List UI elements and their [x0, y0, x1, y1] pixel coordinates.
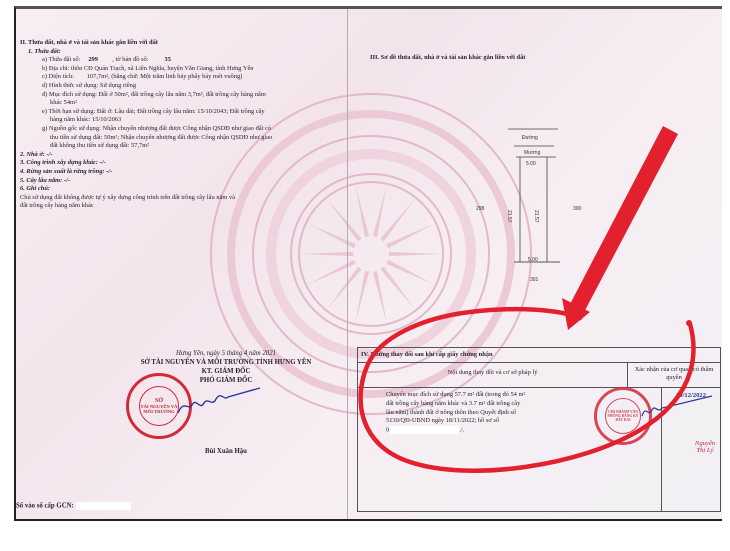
change-confirmation: 20/12/2022 Nguyễn Thị Lý [662, 388, 720, 511]
plot-number-line: a) Thửa đất số: 299 , tờ bản đồ số: 35 [20, 56, 340, 65]
notes-line-1: Chủ sử dụng đất không được tự ý xây dựng… [20, 194, 340, 203]
svg-text:5.00: 5.00 [526, 161, 536, 167]
issuing-agency: SỞ TÀI NGUYÊN VÀ MÔI TRƯỜNG TỈNH HƯNG YÊ… [96, 358, 356, 367]
area-line: c) Diện tích: 107,7m², (bằng chữ: Một tr… [20, 73, 340, 82]
origin-line: g) Nguồn gốc sử dụng: Nhận chuyển nhượng… [20, 125, 340, 134]
plot-diagram: Đường Mương 5.00 5.00 21.57 21.57 298 30… [446, 124, 596, 304]
section-ii: II. Thửa đất, nhà ở và tài sản khác gắn … [20, 39, 340, 211]
redacted-file-number [389, 426, 459, 434]
notes-line-2: đất trồng cây hàng năm khác [20, 202, 340, 211]
plot-number: 299 [88, 56, 98, 63]
house-line: 2. Nhà ở: -/- [20, 151, 340, 160]
land-plot-heading: 1. Thửa đất: [20, 48, 340, 57]
purpose-line: đ) Mục đích sử dụng: Đất ở 50m², đất trồ… [20, 91, 340, 100]
registry-number: Số vào sổ cấp GCN: [16, 502, 131, 510]
term-line: e) Thời hạn sử dụng: Đất ở: Lâu dài; Đất… [20, 108, 340, 117]
official-seal-right: CHI NHÁNH VĂN PHÒNG ĐĂNG KÝ ĐẤT ĐAI [594, 387, 652, 445]
svg-text:5.00: 5.00 [528, 257, 538, 263]
svg-text:21.57: 21.57 [506, 210, 512, 223]
svg-text:21.57: 21.57 [533, 210, 539, 223]
svg-text:301: 301 [530, 277, 539, 283]
notes-heading: 6. Ghi chú: [20, 185, 340, 194]
redacted-registry-number [76, 502, 131, 510]
kt-director: KT. GIÁM ĐỐC [96, 367, 356, 376]
section-iii-title: III. Sơ đồ thửa đất, nhà ở và tài sản kh… [370, 54, 525, 61]
official-seal-left: SỞ TÀI NGUYÊN VÀ MÔI TRƯỜNG [126, 373, 192, 439]
map-number: 35 [165, 56, 171, 63]
address-line: b) Địa chỉ: thôn CĐ Quán Trạch, xã Liên … [20, 65, 340, 74]
confirm-signer: Nguyễn Thị Lý [690, 440, 720, 454]
changes-table-title: IV. Những thay đổi sau khi cấp giấy chứn… [358, 348, 720, 363]
changes-col-confirm-header: Xác nhận của cơ quan có thẩm quyền [628, 363, 720, 387]
plot-diagram-drawing: Đường Mương 5.00 5.00 21.57 21.57 298 30… [446, 124, 596, 304]
certificate-page: II. Thửa đất, nhà ở và tài sản khác gắn … [14, 6, 722, 521]
usage-form-line: d) Hình thức sử dụng: Sử dụng riêng [20, 82, 340, 91]
perennial-trees-line: 5. Cây lâu năm: -/- [20, 177, 340, 186]
svg-text:Đường: Đường [522, 135, 538, 141]
confirm-date: 20/12/2022 [662, 392, 720, 399]
svg-text:300: 300 [573, 206, 582, 212]
other-construction-line: 3. Công trình xây dựng khác: -/- [20, 159, 340, 168]
changes-col-content-header: Nội dung thay đổi và cơ sở pháp lý [358, 363, 628, 387]
signature-date: Hưng Yên, ngày 5 tháng 4 năm 2021 [96, 349, 356, 358]
changes-table: IV. Những thay đổi sau khi cấp giấy chứn… [357, 347, 721, 512]
svg-text:298: 298 [476, 206, 485, 212]
forest-line: 4. Rừng sản xuất là rừng trồng: -/- [20, 168, 340, 177]
section-ii-title: II. Thửa đất, nhà ở và tài sản khác gắn … [20, 39, 340, 48]
svg-text:Mương: Mương [524, 150, 541, 156]
signer-name: Bùi Xuân Hậu [96, 447, 356, 456]
